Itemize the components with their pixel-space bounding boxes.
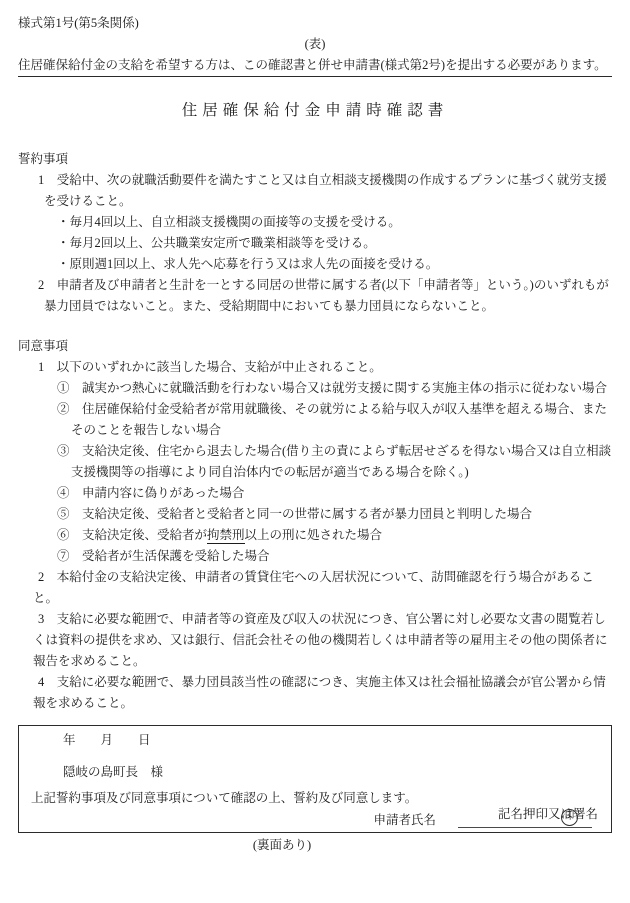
subitem-6-suffix: 以上の刑に処された場合: [245, 528, 383, 542]
applicant-name-label: 申請者氏名: [373, 813, 436, 828]
consent-item-1: 1 以下のいずれかに該当した場合、支給が中止されること。: [18, 357, 612, 378]
submission-notice: 住居確保給付金の支給を希望する方は、この確認書と併せ申請書(様式第2号)を提出す…: [18, 55, 612, 77]
applicant-signature-row: 申請者氏名 印: [373, 809, 592, 828]
pledge-item-1: 1 受給中、次の就職活動要件を満たすこと又は自立相談支援機関の作成するプランに基…: [18, 170, 612, 212]
back-side-note: (裏面あり): [0, 837, 579, 853]
date-line: 年 月 日: [63, 733, 151, 747]
consent-subitem-3: ③ 支給決定後、住宅から退去した場合(借り主の責によらず転居せざるを得ない場合又…: [18, 441, 612, 483]
consent-subitem-1: ① 誠実かつ熱心に就職活動を行わない場合又は就労支援に関する実施主体の指示に従わ…: [18, 378, 612, 399]
addressee: 隠岐の島町長 様: [63, 765, 163, 779]
consent-item-4: 4 支給に必要な範囲で、暴力団員該当性の確認につき、実施主体又は社会福祉協議会が…: [18, 672, 612, 714]
signature-box: 年 月 日 隠岐の島町長 様 上記誓約事項及び同意事項について確認の上、誓約及び…: [18, 725, 612, 833]
subitem-6-prefix: ⑥ 支給決定後、受給者が: [57, 528, 207, 542]
consent-item-2: 2 本給付金の支給決定後、申請者の賃貸住宅への入居状況について、訪問確認を行う場…: [18, 567, 612, 609]
pledge-heading: 誓約事項: [18, 149, 612, 170]
consent-subitem-5: ⑤ 支給決定後、受給者と受給者と同一の世帯に属する者が暴力団員と判明した場合: [18, 504, 612, 525]
consent-subitem-4: ④ 申請内容に偽りがあった場合: [18, 483, 612, 504]
consent-item-3: 3 支給に必要な範囲で、申請者等の資産及び収入の状況につき、官公署に対し必要な文…: [18, 609, 612, 672]
pledge-bullet-2: ・毎月2回以上、公共職業安定所で職業相談等を受ける。: [18, 233, 612, 254]
form-number: 様式第1号(第5条関係): [18, 14, 612, 32]
consent-subitem-6: ⑥ 支給決定後、受給者が拘禁刑以上の刑に処された場合: [18, 525, 612, 546]
underlined-term: 拘禁刑: [207, 528, 245, 544]
pledge-bullet-3: ・原則週1回以上、求人先へ応募を行う又は求人先の面接を受ける。: [18, 254, 612, 275]
confirmation-statement: 上記誓約事項及び同意事項について確認の上、誓約及び同意します。: [31, 791, 417, 805]
consent-subitem-7: ⑦ 受給者が生活保護を受給した場合: [18, 546, 612, 567]
seal-mark-icon: 印: [561, 809, 578, 826]
pledge-item-2: 2 申請者及び申請者と生計を一とする同居の世帯に属する者(以下「申請者等」という…: [18, 275, 612, 317]
document-title: 住居確保給付金申請時確認書: [18, 99, 612, 123]
consent-heading: 同意事項: [18, 336, 612, 357]
pledge-bullet-1: ・毎月4回以上、自立相談支援機関の面接等の支援を受ける。: [18, 212, 612, 233]
consent-subitem-2: ② 住居確保給付金受給者が常用就職後、その就労による給与収入が収入基準を超える場…: [18, 399, 612, 441]
signature-line: 印: [458, 809, 592, 828]
side-indicator: (表): [18, 35, 612, 53]
